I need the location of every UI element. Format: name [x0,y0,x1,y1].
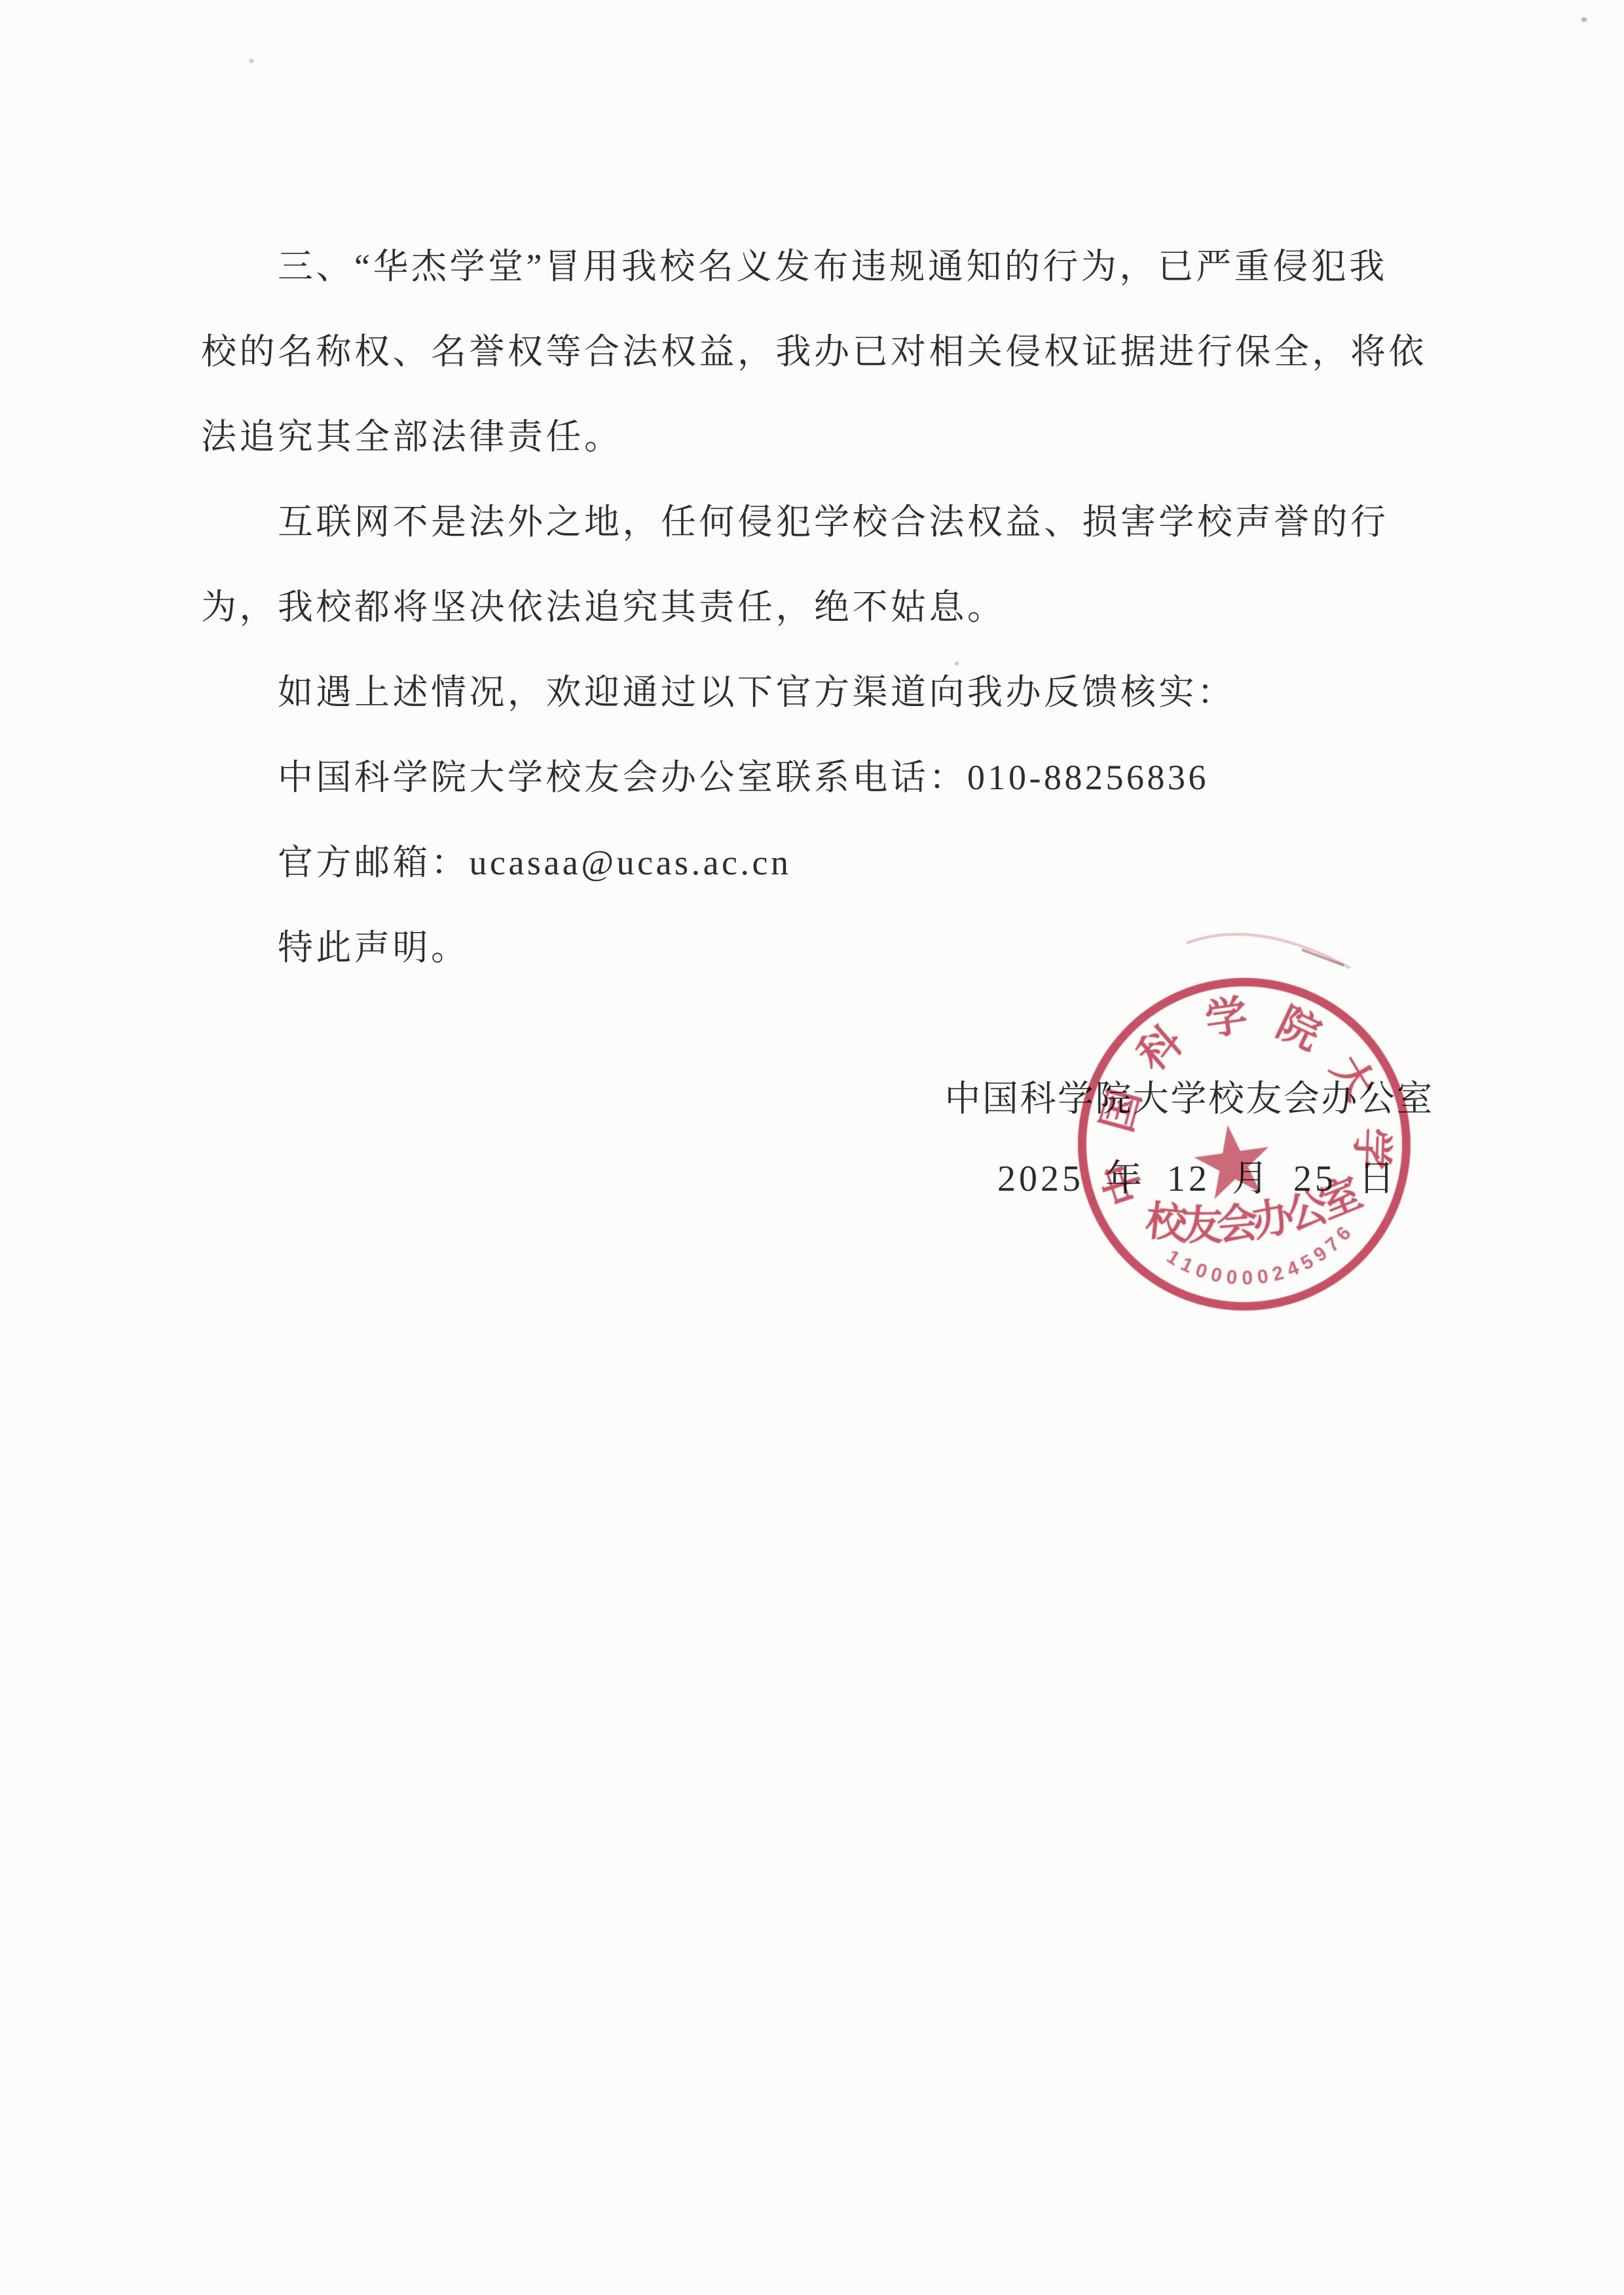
document-body: 三、“华杰学堂”冒用我校名义发布违规通知的行为，已严重侵犯我校的名称权、名誉权等… [201,224,1431,990]
document-line: 中国科学院大学校友会办公室联系电话：010-88256836 [201,735,1431,820]
seal-arc-char: 学 [1201,982,1251,1047]
official-seal: ★ 中国科学院大学校友会办公室1100000245976 [1052,952,1436,1336]
seal-serial-digit: 0 [1242,1267,1253,1290]
document-line: 如遇上述情况，欢迎通过以下官方渠道向我办反馈核实： [201,650,1431,735]
ink-speck [1581,18,1587,22]
document-line: 互联网不是法外之地，任何侵犯学校合法权益、损害学校声誉的行 [201,479,1431,565]
document-line: 官方邮箱：ucasaa@ucas.ac.cn [201,820,1431,905]
seal-serial-digit: 0 [1225,1266,1238,1289]
paper-speck [249,59,254,64]
scanned-document-page: 三、“华杰学堂”冒用我校名义发布违规通知的行为，已严重侵犯我校的名称权、名誉权等… [0,0,1624,2295]
document-line: 法追究其全部法律责任。 [201,394,1431,479]
document-line: 三、“华杰学堂”冒用我校名义发布违规通知的行为，已严重侵犯我 [201,224,1431,309]
document-line: 校的名称权、名誉权等合法权益，我办已对相关侵权证据进行保全，将依 [201,309,1431,394]
document-line: 为，我校都将坚决依法追究其责任，绝不姑息。 [201,565,1431,650]
seal-arc-char: 学 [1344,1127,1406,1170]
